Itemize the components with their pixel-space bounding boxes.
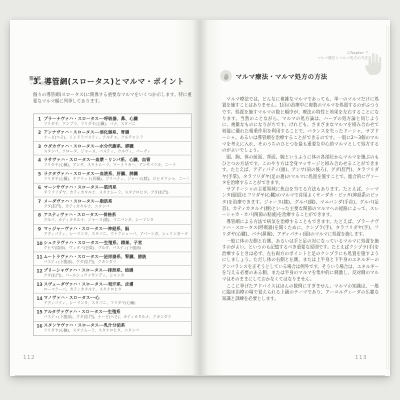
paragraph: ここに挙げたアドバイスはほんの数例にすぎません。マルマの知識は、一般に臨床治療の… (222, 283, 379, 302)
open-book-spread: 第2部 マルマ療法の実際 3.導管網(スロータス)とマルマ・ポイント 個々の導管… (10, 20, 390, 376)
table-row: 3ウダカヴァハ・スロータス──水分代謝系、膵臓スタンバ、クロータ、ジャーヌ、バス… (34, 142, 192, 156)
row-number: 5 (36, 171, 44, 177)
section-intro: 個々の導管網(スロータス)に関係する重要なマルマをいくつか示します。特に重要なマ… (33, 92, 192, 104)
chapter-title: マルマ療法とマルマ処方の方法 (206, 56, 369, 61)
row-number: 12 (36, 268, 44, 274)
srotas-marmas: グルパ、カティカタルナ、ジャーヌ(膝)、マニバンダ、シーマンタ (44, 218, 189, 223)
table-row: 13スヴェーダヴァハ・スロータス──発汗系、皮膚ローマクーパ、カティカタルナ、ス… (34, 280, 192, 294)
hand-badge-icon (220, 70, 232, 82)
srotas-marmas: フリダヤ、クンブラ、フリダヤ(心臓)、パナ、スタパニ (44, 121, 189, 126)
row-number: 13 (36, 282, 44, 288)
right-page-number: 113 (355, 355, 367, 361)
row-number: 15 (36, 309, 44, 315)
section-title: 導管網(スロータス)とマルマ・ポイント (44, 77, 184, 86)
left-page: 第2部 マルマ療法の実際 3.導管網(スロータス)とマルマ・ポイント 個々の導管… (10, 20, 200, 376)
table-row: 5ラクタヴァハ・スロータス──血液系、肝臓、脾臓フリダヤ(心臓)、ヤクリット(肝… (34, 169, 192, 183)
table-row: 9マッジャーヴァハ・スロータス──神経系、脳アディパティ、シーマンタ、スタパニ、… (34, 225, 192, 239)
row-number: 8 (36, 212, 44, 218)
paragraph: マルマ療法では、どんなに複雑なマルマであっても、単一のマルマだけに処置を施すこと… (222, 96, 379, 154)
row-number: 3 (36, 143, 44, 149)
srotas-marmas: グダ(肛門)、パールシュヴァサンディ、シャンカ (44, 273, 189, 278)
page-stack-bottom-edge (15, 370, 385, 376)
left-page-content: 3.導管網(スロータス)とマルマ・ポイント 個々の導管網(スロータス)に関係する… (33, 76, 192, 336)
srotas-marmas: スタンバ、クロータ、ジャーヌ、バスティ、ウルヴィ、バーヴィ (44, 149, 189, 154)
table-row: 4ラサヴァハ・スロータス──血漿・リンパ系、心臓、血管フリダヤ(心臓)、アンサ、… (34, 156, 192, 170)
paragraph: 導管網による方法で病気を治療することもできます。たとえば、プラーナヴァハ・スロー… (222, 218, 379, 237)
right-page: Chapter 7 マルマ療法とマルマ処方の方法 マルマ療法・マルマ処方の方法 … (200, 20, 390, 376)
srotas-marmas: アディパティ、シーマンタ、スタパニ、ウトクシェーパ、アパーンガ、シュリンガータカ (44, 232, 189, 237)
paragraph: サブドーシャの主要領域に焦点を当てる方法もあります。たとえば、シーマンタ(頭頂)… (222, 186, 379, 218)
body-text: マルマ療法では、どんなに複雑なマルマであっても、単一のマルマだけに処置を施すこと… (222, 96, 379, 302)
row-number: 9 (36, 226, 44, 232)
table-row: 11ムートラヴァハ・スロータス──泌尿器系、腎臓、膀胱バスティ(下腹部)、グダ(… (34, 252, 192, 266)
right-running-head: Chapter 7 マルマ療法とマルマ処方の方法 (206, 50, 369, 61)
row-number: 14 (36, 295, 44, 301)
table-row: 7メーダヴァハ・スロータス──脂肪系グダ(肛門)、カティカタルナ、ニタンバ (34, 197, 192, 211)
table-row: 12プリーシャヴァハ・スロータス──排泄系、結腸グダ(肛門)、パールシュヴァサン… (34, 266, 192, 280)
section-number: 3. (33, 77, 42, 86)
srotas-marmas: フリダヤ(心臓)、ヤクリット(肝臓)、ブリハティ、ジャーヌ(膝)、ロヒタクシャ、… (44, 177, 189, 182)
table-row: 14マノヴァハ・スロータス──心アディパティ、シーマンタ、スタパニ、フリダヤ(心… (34, 294, 192, 308)
srotas-marma-table: 1プラーナヴァハ・スロータス──呼吸器、鼻、心臓フリダヤ、クンブラ、フリダヤ(心… (33, 114, 192, 336)
srotas-marmas: タラフリダヤ、カティカタルナ、スタナムーラ、スタナロヒタ、グダ(肛門) (44, 190, 189, 195)
table-row: 1プラーナヴァハ・スロータス──呼吸器、鼻、心臓フリダヤ、クンブラ、フリダヤ(心… (34, 114, 192, 128)
srotas-marmas: バスティ(下腹部)、グダ(肛門)、ナービ(へそ)、カティカタルナ、クカンダラ (44, 315, 189, 320)
table-row: 2アンナヴァハ・スロータス──消化器系、胃腸ナービ(へそ)、インドラバスティ、ク… (34, 128, 192, 142)
row-number: 6 (36, 185, 44, 191)
row-number: 7 (36, 199, 44, 205)
paragraph: 一般に体の左側と右側、あるいは手と足の対になっているマルマに処置を施すのがよい、… (222, 238, 379, 283)
srotas-marmas: バスティ(下腹部)、グダ(肛門)、クカンダラ (44, 260, 189, 265)
right-section-heading: マルマ療法・マルマ処方の方法 (220, 70, 390, 82)
table-row: 10シュクラヴァハ・スロータス──生殖系、精巣、子宮グヒヤ(陰部)、ヴィタパ(会… (34, 239, 192, 253)
srotas-marmas: ローマクーパ、カティカタルナ、スタナロヒタ (44, 287, 189, 292)
row-number: 4 (36, 157, 44, 163)
row-number: 16 (36, 323, 44, 329)
srotas-marmas: グヒヤ(陰部)、ヴィタパ(会陰)、グルダ、バスティ(下腹部) (44, 246, 189, 251)
row-number: 10 (36, 240, 44, 246)
book-photo: { "left_page": { "chapter_label": { "lin… (0, 0, 400, 400)
row-number: 2 (36, 130, 44, 136)
table-row: 15アルタヴァヴァハ・スロータス──生殖系バスティ(下腹部)、グダ(肛門)、ナー… (34, 308, 192, 322)
table-row: 6マーンサヴァハ・スロータス──筋肉系タラフリダヤ、カティカタルナ、スタナムーラ… (34, 183, 192, 197)
row-number: 11 (36, 254, 44, 260)
srotas-marmas: フリダヤ(心臓)、スタナムーラ、スタナロヒタ、ニタンバ (44, 329, 189, 334)
row-number: 1 (36, 116, 44, 122)
srotas-marmas: グダ(肛門)、カティカタルナ、ニタンバ (44, 204, 189, 209)
right-section-title: マルマ療法・マルマ処方の方法 (236, 71, 328, 80)
page-stack-right-edge (386, 26, 390, 370)
section-heading: 3.導管網(スロータス)とマルマ・ポイント (33, 76, 192, 87)
paragraph: 頭、胸、体の前面、背面、腕というふうに体の各部位からマルマを選ぶのもひとつの方法… (222, 154, 379, 186)
srotas-marmas: アディパティ、シーマンタ、スタパニ、フリダヤ(心臓) (44, 301, 189, 306)
srotas-marmas: ナービ(へそ)、インドラバスティ、クルチャ、クルチャシラ (44, 135, 189, 140)
table-row: 8アスティヴァハ・スロータス──骨格系グルパ、カティカタルナ、ジャーヌ(膝)、マ… (34, 211, 192, 225)
table-row: 16スタンヤヴァハ・スロータス──乳汁分泌系フリダヤ(心臓)、スタナムーラ、スタ… (34, 321, 192, 335)
left-page-number: 112 (23, 355, 35, 361)
srotas-marmas: フリダヤ(心臓)、アンサ、スタナムーラ、マートリカー、アンサパラカ、ニーラ (44, 163, 189, 168)
